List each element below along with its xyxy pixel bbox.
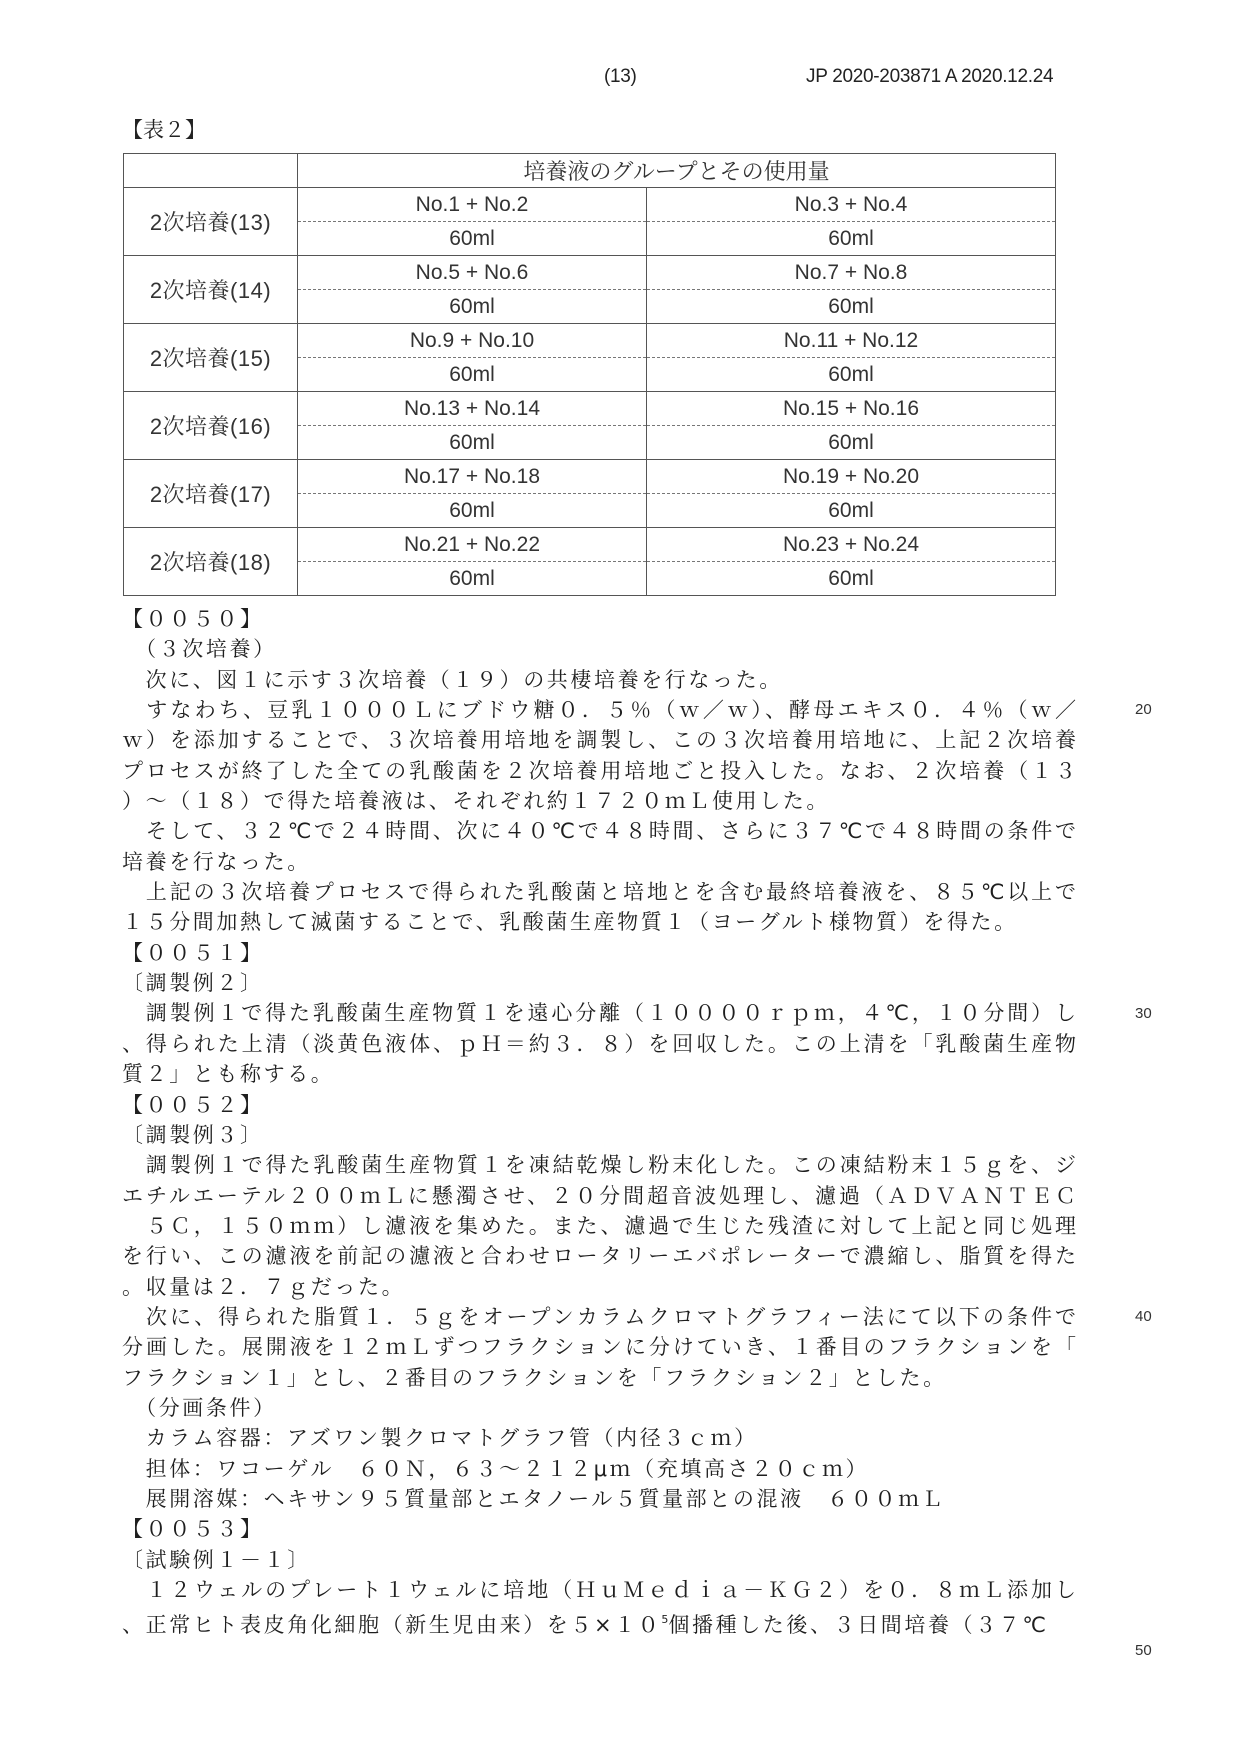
table-row: 2次培養(14)No.5 + No.6No.7 + No.8 (124, 256, 1056, 290)
text-line: 培養を行なった。 (122, 847, 1076, 877)
text-line: ）～（１８）で得た培養液は、それぞれ約１７２０ｍＬ使用した。 (122, 786, 1076, 816)
table-row: 2次培養(18)No.21 + No.22No.23 + No.24 (124, 528, 1056, 562)
text-line: １２ウェルのプレート１ウェルに培地（ＨｕＭｅｄｉａ－ＫＧ２）を０．８ｍＬ添加し (122, 1575, 1076, 1605)
group-cell: No.23 + No.24 (647, 528, 1056, 562)
text-line: フラクション１」とし、２番目のフラクションを「フラクション２」とした。 (122, 1363, 1076, 1393)
row-label: 2次培養(13) (124, 188, 298, 256)
amount-cell: 60ml (647, 222, 1056, 256)
text-line: プロセスが終了した全ての乳酸菌を２次培養用培地ごと投入した。なお、２次培養（１３ (122, 756, 1076, 786)
row-label: 2次培養(18) (124, 528, 298, 596)
page-number: (13) (604, 66, 637, 88)
column-header: 培養液のグループとその使用量 (298, 154, 1056, 188)
text-line: １５分間加熱して滅菌することで、乳酸菌生産物質１（ヨーグルト様物質）を得た。 (122, 907, 1076, 937)
row-label: 2次培養(17) (124, 460, 298, 528)
group-cell: No.9 + No.10 (298, 324, 647, 358)
group-cell: No.11 + No.12 (647, 324, 1056, 358)
text-line: 、正常ヒト表皮角化細胞（新生児由来）を５×１０5個播種した後、３日間培養（３７℃ (122, 1605, 1076, 1635)
text-line: を行い、この濾液を前記の濾液と合わせロータリーエバポレーターで濃縮し、脂質を得た (122, 1241, 1076, 1271)
amount-cell: 60ml (647, 562, 1056, 596)
group-cell: No.19 + No.20 (647, 460, 1056, 494)
margin-line-number: 20 (1135, 701, 1152, 718)
table-row: 2次培養(15)No.9 + No.10No.11 + No.12 (124, 324, 1056, 358)
text-line: 。収量は２．７ｇだった。 (122, 1272, 1076, 1302)
text-line: 担体：ワコーゲル ６０Ｎ，６３～２１２μｍ（充填高さ２０ｃｍ） (122, 1454, 1076, 1484)
text-line: 調製例１で得た乳酸菌生産物質１を遠心分離（１００００ｒｐｍ，４℃，１０分間）し (122, 998, 1076, 1028)
text-line: 【００５１】 (122, 938, 1076, 968)
text-line: 〔調製例２〕 (122, 968, 1076, 998)
amount-cell: 60ml (298, 222, 647, 256)
amount-cell: 60ml (298, 358, 647, 392)
table-row: 2次培養(16)No.13 + No.14No.15 + No.16 (124, 392, 1056, 426)
group-cell: No.1 + No.2 (298, 188, 647, 222)
text-line: エチルエーテル２００ｍＬに懸濁させ、２０分間超音波処理し、濾過（ＡＤＶＡＮＴＥＣ (122, 1181, 1076, 1211)
culture-group-table: 培養液のグループとその使用量 2次培養(13)No.1 + No.2No.3 +… (123, 153, 1056, 596)
text-line: 【００５３】 (122, 1514, 1076, 1544)
text-segment: 、正常ヒト表皮角化細胞（新生児由来）を５×１０ (122, 1613, 661, 1637)
text-line: 次に、図１に示す３次培養（１９）の共棲培養を行なった。 (122, 665, 1076, 695)
text-line: 〔調製例３〕 (122, 1120, 1076, 1150)
body-text: 【００５０】 （３次培養） 次に、図１に示す３次培養（１９）の共棲培養を行なった… (122, 604, 1076, 1636)
text-line: ５Ｃ，１５０ｍｍ）し濾液を集めた。また、濾過で生じた残渣に対して上記と同じ処理 (122, 1211, 1076, 1241)
text-line: 、得られた上清（淡黄色液体、ｐＨ＝約３．８）を回収した。この上清を「乳酸菌生産物 (122, 1029, 1076, 1059)
text-line: 次に、得られた脂質１．５ｇをオープンカラムクロマトグラフィー法にて以下の条件で (122, 1302, 1076, 1332)
row-label: 2次培養(14) (124, 256, 298, 324)
text-line: 分画した。展開液を１２ｍＬずつフラクションに分けていき、１番目のフラクションを「 (122, 1332, 1076, 1362)
text-segment: 個播種した後、３日間培養（３７℃ (668, 1613, 1048, 1637)
amount-cell: 60ml (298, 562, 647, 596)
group-cell: No.15 + No.16 (647, 392, 1056, 426)
margin-line-number: 30 (1135, 1005, 1152, 1022)
amount-cell: 60ml (647, 426, 1056, 460)
amount-cell: 60ml (298, 426, 647, 460)
amount-cell: 60ml (298, 290, 647, 324)
text-line: 質２」とも称する。 (122, 1059, 1076, 1089)
text-line: 上記の３次培養プロセスで得られた乳酸菌と培地とを含む最終培養液を、８５℃以上で (122, 877, 1076, 907)
row-label: 2次培養(15) (124, 324, 298, 392)
group-cell: No.7 + No.8 (647, 256, 1056, 290)
group-cell: No.3 + No.4 (647, 188, 1056, 222)
text-line: 【００５２】 (122, 1090, 1076, 1120)
text-line: 調製例１で得た乳酸菌生産物質１を凍結乾燥し粉末化した。この凍結粉末１５ｇを、ジ (122, 1150, 1076, 1180)
table-corner-cell (124, 154, 298, 188)
amount-cell: 60ml (298, 494, 647, 528)
group-cell: No.21 + No.22 (298, 528, 647, 562)
group-cell: No.17 + No.18 (298, 460, 647, 494)
text-line: 【００５０】 (122, 604, 1076, 634)
table-row: 2次培養(13)No.1 + No.2No.3 + No.4 (124, 188, 1056, 222)
margin-line-number: 40 (1135, 1308, 1152, 1325)
amount-cell: 60ml (647, 358, 1056, 392)
text-line: （３次培養） (122, 634, 1076, 664)
document-id: JP 2020-203871 A 2020.12.24 (806, 66, 1053, 88)
text-line: そして、３２℃で２４時間、次に４０℃で４８時間、さらに３７℃で４８時間の条件で (122, 816, 1076, 846)
text-line: カラム容器：アズワン製クロマトグラフ管（内径３ｃｍ） (122, 1423, 1076, 1453)
amount-cell: 60ml (647, 290, 1056, 324)
margin-line-number: 50 (1135, 1642, 1152, 1659)
text-line: すなわち、豆乳１０００Ｌにブドウ糖０．５％（ｗ／ｗ）、酵母エキス０．４％（ｗ／ (122, 695, 1076, 725)
table-title: 【表２】 (122, 114, 206, 144)
text-line: 〔試験例１－１〕 (122, 1545, 1076, 1575)
text-line: 展開溶媒：ヘキサン９５質量部とエタノール５質量部との混液 ６００ｍＬ (122, 1484, 1076, 1514)
amount-cell: 60ml (647, 494, 1056, 528)
text-line: （分画条件） (122, 1393, 1076, 1423)
table-row: 2次培養(17)No.17 + No.18No.19 + No.20 (124, 460, 1056, 494)
table-header-row: 培養液のグループとその使用量 (124, 154, 1056, 188)
text-line: ｗ）を添加することで、３次培養用培地を調製し、この３次培養用培地に、上記２次培養 (122, 725, 1076, 755)
row-label: 2次培養(16) (124, 392, 298, 460)
group-cell: No.13 + No.14 (298, 392, 647, 426)
group-cell: No.5 + No.6 (298, 256, 647, 290)
